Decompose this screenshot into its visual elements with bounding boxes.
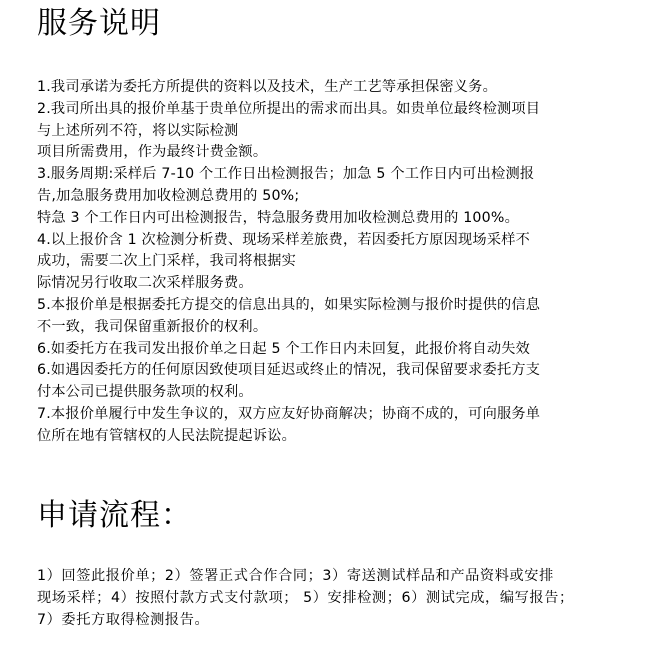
term-line-3-cont2: 特急 3 个工作日内可出检测报告，特急服务费用加收检测总费用的 100%。 — [37, 208, 657, 230]
process-line-3: 7）委托方取得检测报告。 — [37, 610, 657, 632]
term-line-2: 2.我司所出具的报价单基于贵单位所提出的需求而出具。如贵单位最终检测项目 — [37, 99, 657, 121]
term-line-5: 5.本报价单是根据委托方提交的信息出具的，如果实际检测与报价时提供的信息 — [37, 295, 657, 317]
term-line-6a: 6.如委托方在我司发出报价单之日起 5 个工作日内未回复，此报价将自动失效 — [37, 339, 657, 361]
term-line-6b-cont: 付本公司已提供服务款项的权利。 — [37, 382, 657, 404]
term-line-3: 3.服务周期:采样后 7-10 个工作日出检测报告；加急 5 个工作日内可出检测… — [37, 164, 657, 186]
process-line-2: 现场采样；4）按照付款方式支付款项； 5）安排检测；6）测试完成，编写报告； — [37, 588, 657, 610]
term-line-1: 1.我司承诺为委托方所提供的资料以及技术，生产工艺等承担保密义务。 — [37, 77, 657, 99]
term-line-3-cont: 告,加急服务费用加收检测总费用的 50%; — [37, 186, 657, 208]
term-line-2-cont: 与上述所列不符，将以实际检测 — [37, 121, 657, 143]
service-terms-list: 1.我司承诺为委托方所提供的资料以及技术，生产工艺等承担保密义务。 2.我司所出… — [37, 77, 657, 448]
term-line-2-cont2: 项目所需费用，作为最终计费金额。 — [37, 142, 657, 164]
term-line-7-cont: 位所在地有管辖权的人民法院提起诉讼。 — [37, 426, 657, 448]
service-description-title: 服务说明 — [37, 6, 161, 42]
term-line-4: 4.以上报价含 1 次检测分析费、现场采样差旅费，若因委托方原因现场采样不 — [37, 230, 657, 252]
application-process-title: 申请流程： — [37, 498, 192, 534]
term-line-5-cont: 不一致，我司保留重新报价的权利。 — [37, 317, 657, 339]
term-line-6b: 6.如遇因委托方的任何原因致使项目延迟或终止的情况，我司保留要求委托方支 — [37, 360, 657, 382]
term-line-4-cont: 成功，需要二次上门采样，我司将根据实 — [37, 251, 657, 273]
term-line-7: 7.本报价单履行中发生争议的，双方应友好协商解决；协商不成的，可向服务单 — [37, 404, 657, 426]
application-process-steps: 1）回签此报价单；2）签署正式合作合同；3）寄送测试样品和产品资料或安排 现场采… — [37, 566, 657, 631]
process-line-1: 1）回签此报价单；2）签署正式合作合同；3）寄送测试样品和产品资料或安排 — [37, 566, 657, 588]
term-line-4-cont2: 际情况另行收取二次采样服务费。 — [37, 273, 657, 295]
